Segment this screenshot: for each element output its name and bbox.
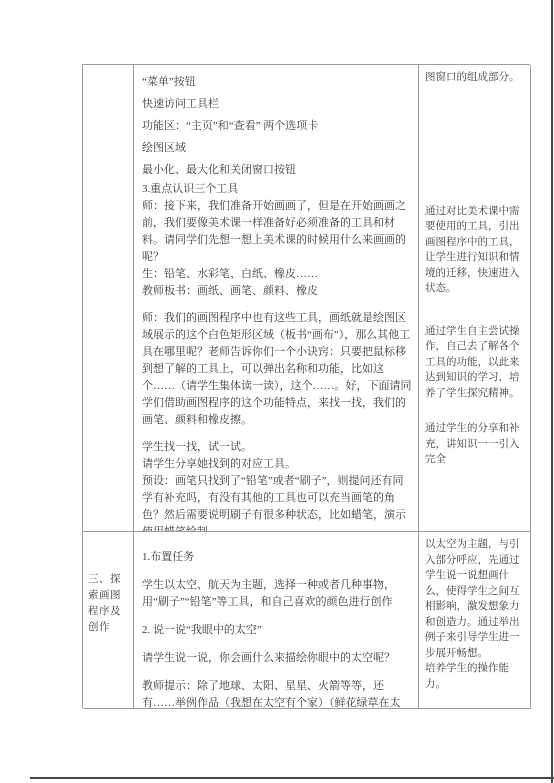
window-part-item: 功能区：“主页”和“查看” 两个选项卡 (142, 115, 412, 137)
window-part-item: 绘图区域 (142, 137, 412, 159)
stage-cell-row2: 三、探索画图程序及创作 (83, 532, 134, 709)
activity-line: 请学生分享她找到的对应工具。 (142, 456, 412, 473)
teacher-hint-line: 教师提示：除了地球、太阳、星星、火箭等等，还有……举例作品（我想在太空有个家）（… (142, 678, 412, 709)
design-note: 通过学生自主尝试操作，自己去了解各个工具的功能，以此来达到知识的学习，培养了学生… (425, 324, 526, 402)
document-page: “菜单”按钮 快速访问工具栏 功能区：“主页”和“查看” 两个选项卡 绘图区域 … (0, 0, 554, 783)
section-title: 3.重点认识三个工具 (142, 181, 412, 198)
teaching-process-cell-row1: “菜单”按钮 快速访问工具栏 功能区：“主页”和“查看” 两个选项卡 绘图区域 … (134, 65, 419, 532)
window-part-item: 最小化、最大化和关闭窗口按钮 (142, 159, 412, 181)
design-intent-cell-row2: 以太空为主题，与引入部分呼应，先通过学生说一说想画什么，使得学生之间互相影响，激… (419, 532, 531, 709)
design-intent-cell-row1: 图窗口的组成部分。 通过对比美术课中需要使用的工具，引出画图程序中的工具，让学生… (419, 65, 531, 532)
window-part-item: 快速访问工具栏 (142, 93, 412, 115)
design-note: 通过学生的分享和补充，讲知识一一引入完全 (425, 421, 526, 468)
expectation-line: 预设：画笔只找到了“铅笔”或者“刷子”，则提问还有同学有补充吗，有没有其他的工具… (142, 473, 412, 532)
design-note: 培养学生的操作能力。 (425, 661, 526, 692)
design-note: 以太空为主题，与引入部分呼应，先通过学生说一说想画什么，使得学生之间互相影响，激… (425, 537, 526, 661)
task-heading: 2. 说一说“我眼中的太空” (142, 622, 412, 639)
design-note: 图窗口的组成部分。 (425, 70, 526, 86)
window-part-item: “菜单”按钮 (142, 71, 412, 93)
teacher-line: 师：接下来，我们准备开始画画了，但是在开始画画之前，我们要像美术课一样准备好必须… (142, 198, 412, 266)
teaching-process-cell-row2: 1.布置任务 学生以太空、航天为主题，选择一种或者几种事物，用“刷子”“铅笔”等… (134, 532, 419, 709)
teacher-line: 师：我们的画图程序中也有这些工具，画纸就是绘图区域展示的这个白色矩形区域（板书“… (142, 310, 412, 429)
page-edge-bottom (30, 777, 554, 779)
lesson-plan-table: “菜单”按钮 快速访问工具栏 功能区：“主页”和“查看” 两个选项卡 绘图区域 … (82, 64, 530, 708)
page-edge-right (551, 0, 553, 783)
activity-line: 学生找一找，试一试。 (142, 439, 412, 456)
design-note: 通过对比美术课中需要使用的工具，引出画图程序中的工具，让学生进行知识和情境的迁移… (425, 204, 526, 297)
task-heading: 1.布置任务 (142, 549, 412, 566)
student-line: 生：铅笔、水彩笔、白纸、橡皮…… (142, 266, 412, 283)
question-line: 请学生说一说，你会画什么来描绘你眼中的太空呢？ (142, 650, 412, 667)
board-writing-line: 教师板书：画纸、画笔、颜料、橡皮 (142, 283, 412, 300)
window-parts-list: “菜单”按钮 快速访问工具栏 功能区：“主页”和“查看” 两个选项卡 绘图区域 … (142, 71, 412, 181)
task-body: 学生以太空、航天为主题，选择一种或者几种事物，用“刷子”“铅笔”等工具，和自己喜… (142, 577, 412, 611)
stage-cell-row1 (83, 65, 134, 532)
